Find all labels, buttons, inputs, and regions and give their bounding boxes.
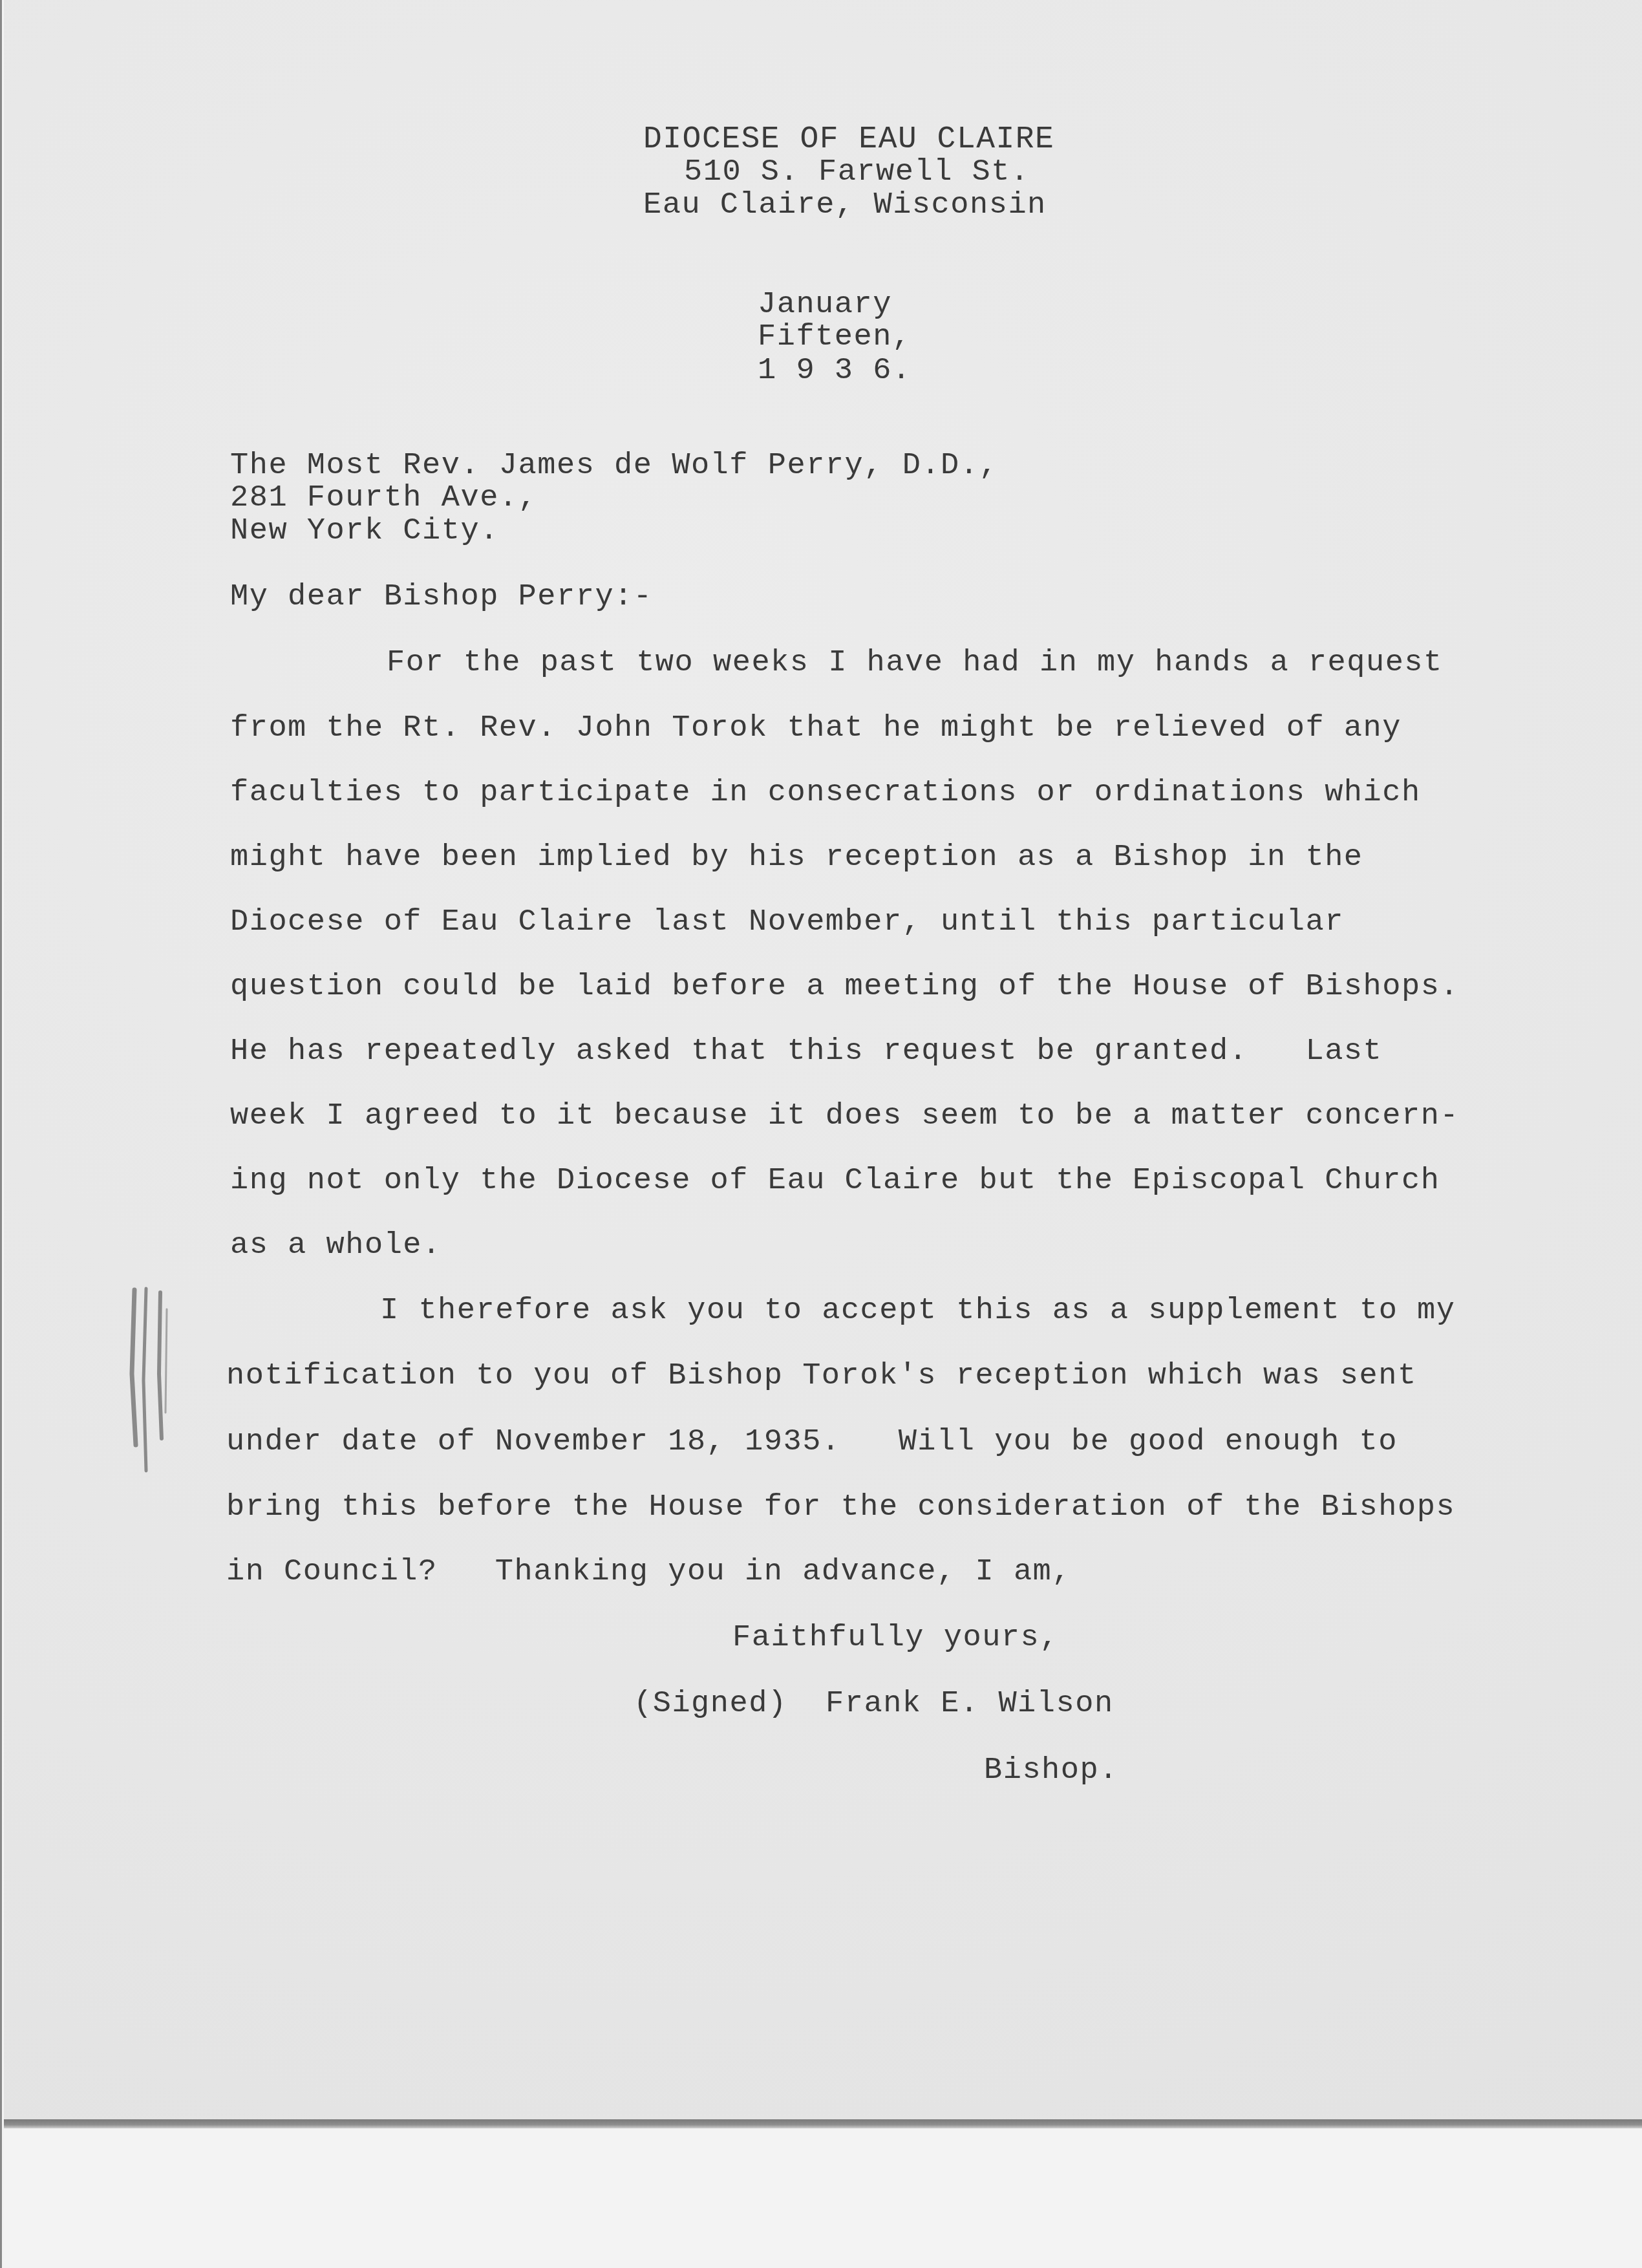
pencil-margin-mark-icon bbox=[127, 1283, 178, 1477]
closing-title: Bishop. bbox=[984, 1755, 1118, 1786]
body-line: ing not only the Diocese of Eau Claire b… bbox=[230, 1166, 1440, 1196]
closing-signature: (Signed) Frank E. Wilson bbox=[634, 1689, 1114, 1719]
body-line: I therefore ask you to accept this as a … bbox=[380, 1296, 1455, 1326]
body-line: faculties to participate in consecration… bbox=[230, 778, 1421, 808]
date-month: January bbox=[758, 290, 892, 320]
body-line: as a whole. bbox=[230, 1230, 442, 1261]
body-line: might have been implied by his reception… bbox=[230, 842, 1363, 873]
date-day: Fifteen, bbox=[758, 322, 912, 352]
recipient-name: The Most Rev. James de Wolf Perry, D.D., bbox=[230, 451, 998, 481]
recipient-street: 281 Fourth Ave., bbox=[230, 483, 537, 513]
date-year: 1 9 3 6. bbox=[758, 356, 912, 386]
body-line: question could be laid before a meeting … bbox=[230, 972, 1459, 1002]
body-line: under date of November 18, 1935. Will yo… bbox=[226, 1427, 1398, 1457]
letterhead-street: 510 S. Farwell St. bbox=[684, 157, 1030, 187]
scanner-left-edge bbox=[0, 0, 2, 2268]
salutation: My dear Bishop Perry:- bbox=[230, 582, 653, 612]
letterhead-city: Eau Claire, Wisconsin bbox=[643, 190, 1047, 220]
body-line: week I agreed to it because it does seem… bbox=[230, 1101, 1459, 1131]
body-line: notification to you of Bishop Torok's re… bbox=[226, 1361, 1417, 1391]
body-line: in Council? Thanking you in advance, I a… bbox=[226, 1557, 1071, 1587]
recipient-city: New York City. bbox=[230, 516, 499, 546]
body-line: bring this before the House for the cons… bbox=[226, 1492, 1455, 1523]
body-line: He has repeatedly asked that this reques… bbox=[230, 1036, 1382, 1067]
body-line: Diocese of Eau Claire last November, unt… bbox=[230, 907, 1344, 937]
letterhead-org: DIOCESE OF EAU CLAIRE bbox=[643, 124, 1054, 155]
body-line: from the Rt. Rev. John Torok that he mig… bbox=[230, 713, 1402, 744]
body-line: For the past two weeks I have had in my … bbox=[387, 648, 1443, 678]
paper-bottom-edge-shadow bbox=[4, 2119, 1642, 2128]
closing-valediction: Faithfully yours, bbox=[732, 1623, 1059, 1653]
